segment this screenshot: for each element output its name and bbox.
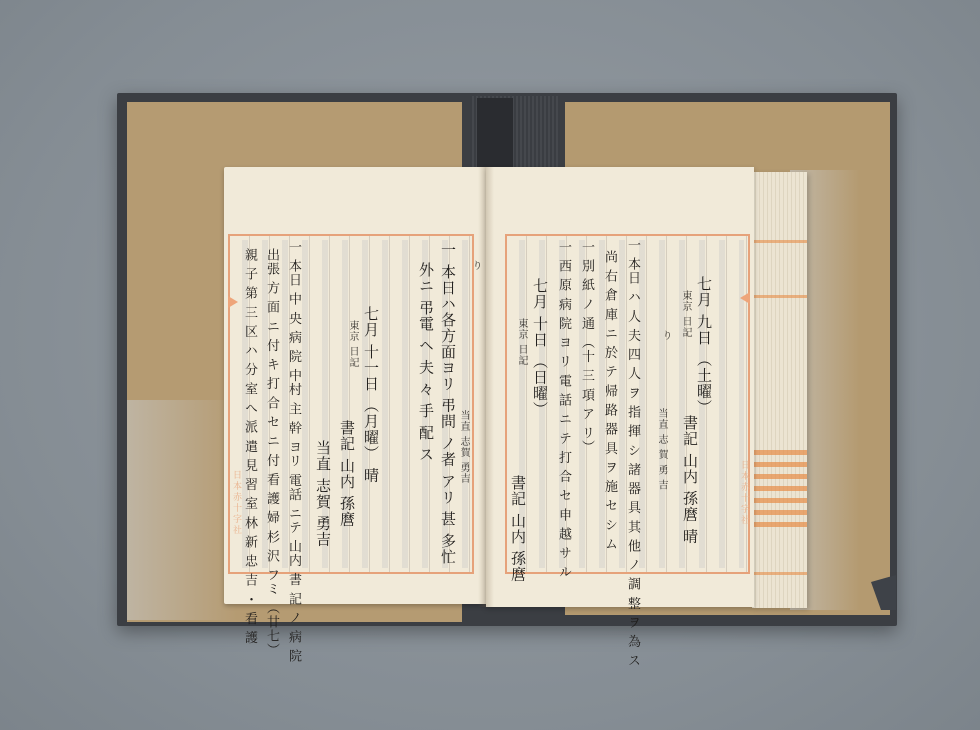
handwritten-column: 一 別 紙 ノ 通 （十 三 項 ア リ） (580, 240, 593, 454)
handwritten-column: り (660, 330, 670, 341)
handwritten-column: 東京 日記 (516, 318, 526, 366)
handwritten-column: 一 本日ハ各方面ヨリ 弔問 ノ者 アリ 甚 多忙 (440, 242, 455, 565)
edge-ruling-mark (752, 295, 807, 298)
diary-date-heading: 七月 十一日 （月曜） 晴 (363, 306, 378, 483)
edge-ruling-mark (752, 240, 807, 243)
handwritten-column: 東京 日記 (347, 320, 357, 368)
diary-date-heading: 七月 九日 （土曜） (696, 276, 711, 416)
handwritten-column: 親 子 第 三 区 ハ 分 室 へ 派 遣 見 習 室 林 新 忠 吉 ・ 看 … (243, 248, 256, 645)
page-edge-stack (752, 172, 807, 608)
edge-ruling-mark (752, 572, 807, 575)
handwritten-column: 一 本日 中 央 病 院 中村 主 幹 ヨリ 電話 ニテ 山内 書 記 ノ 病 … (287, 240, 300, 663)
handwritten-column: 書記 山内 孫麿 (339, 420, 354, 528)
handwritten-column: 書記 山内 孫麿 (510, 475, 525, 583)
handwritten-column: り (470, 260, 480, 271)
edge-stamp-marks (752, 450, 807, 530)
handwritten-column: 一 本日 ハ 人 夫 四 人 ヲ 指 揮 シ 諸 器 具 其 他 ノ 調 整 ヲ… (626, 238, 639, 668)
diary-date-heading: 七月 十日 （日曜） (532, 278, 547, 418)
handwritten-column: 書記 山内 孫麿 晴 (682, 415, 697, 544)
handwritten-column: 東京 日記 (680, 290, 690, 338)
page-gutter (478, 167, 494, 607)
handwritten-column: 尚 右 倉 庫 ニ 於 テ 帰 路 器 具 ヲ 施 セ シ ム (603, 250, 616, 551)
handwritten-column: 当直 志賀 勇吉 (315, 440, 330, 548)
handwritten-column: 一 西 原 病 院 ヨ リ 電 話 ニ テ 打 合 セ 申 越 サ ル (557, 240, 570, 579)
handwritten-column: 出張 方 面 ニ 付 キ 打 合 セ ニ 付 看 護 婦 杉 沢 フミ （廿七） (265, 248, 278, 657)
margin-stamp-right: 日本赤十字社 (738, 460, 751, 526)
lining-stain-left (127, 400, 237, 620)
handwritten-column: 当直 志 賀 勇 吉 (656, 408, 666, 491)
handwritten-column: 外ニ 弔電 ヘ 夫 々 手 配 ス (418, 262, 433, 462)
handwritten-column: 当直 志賀 勇吉 (458, 410, 468, 484)
